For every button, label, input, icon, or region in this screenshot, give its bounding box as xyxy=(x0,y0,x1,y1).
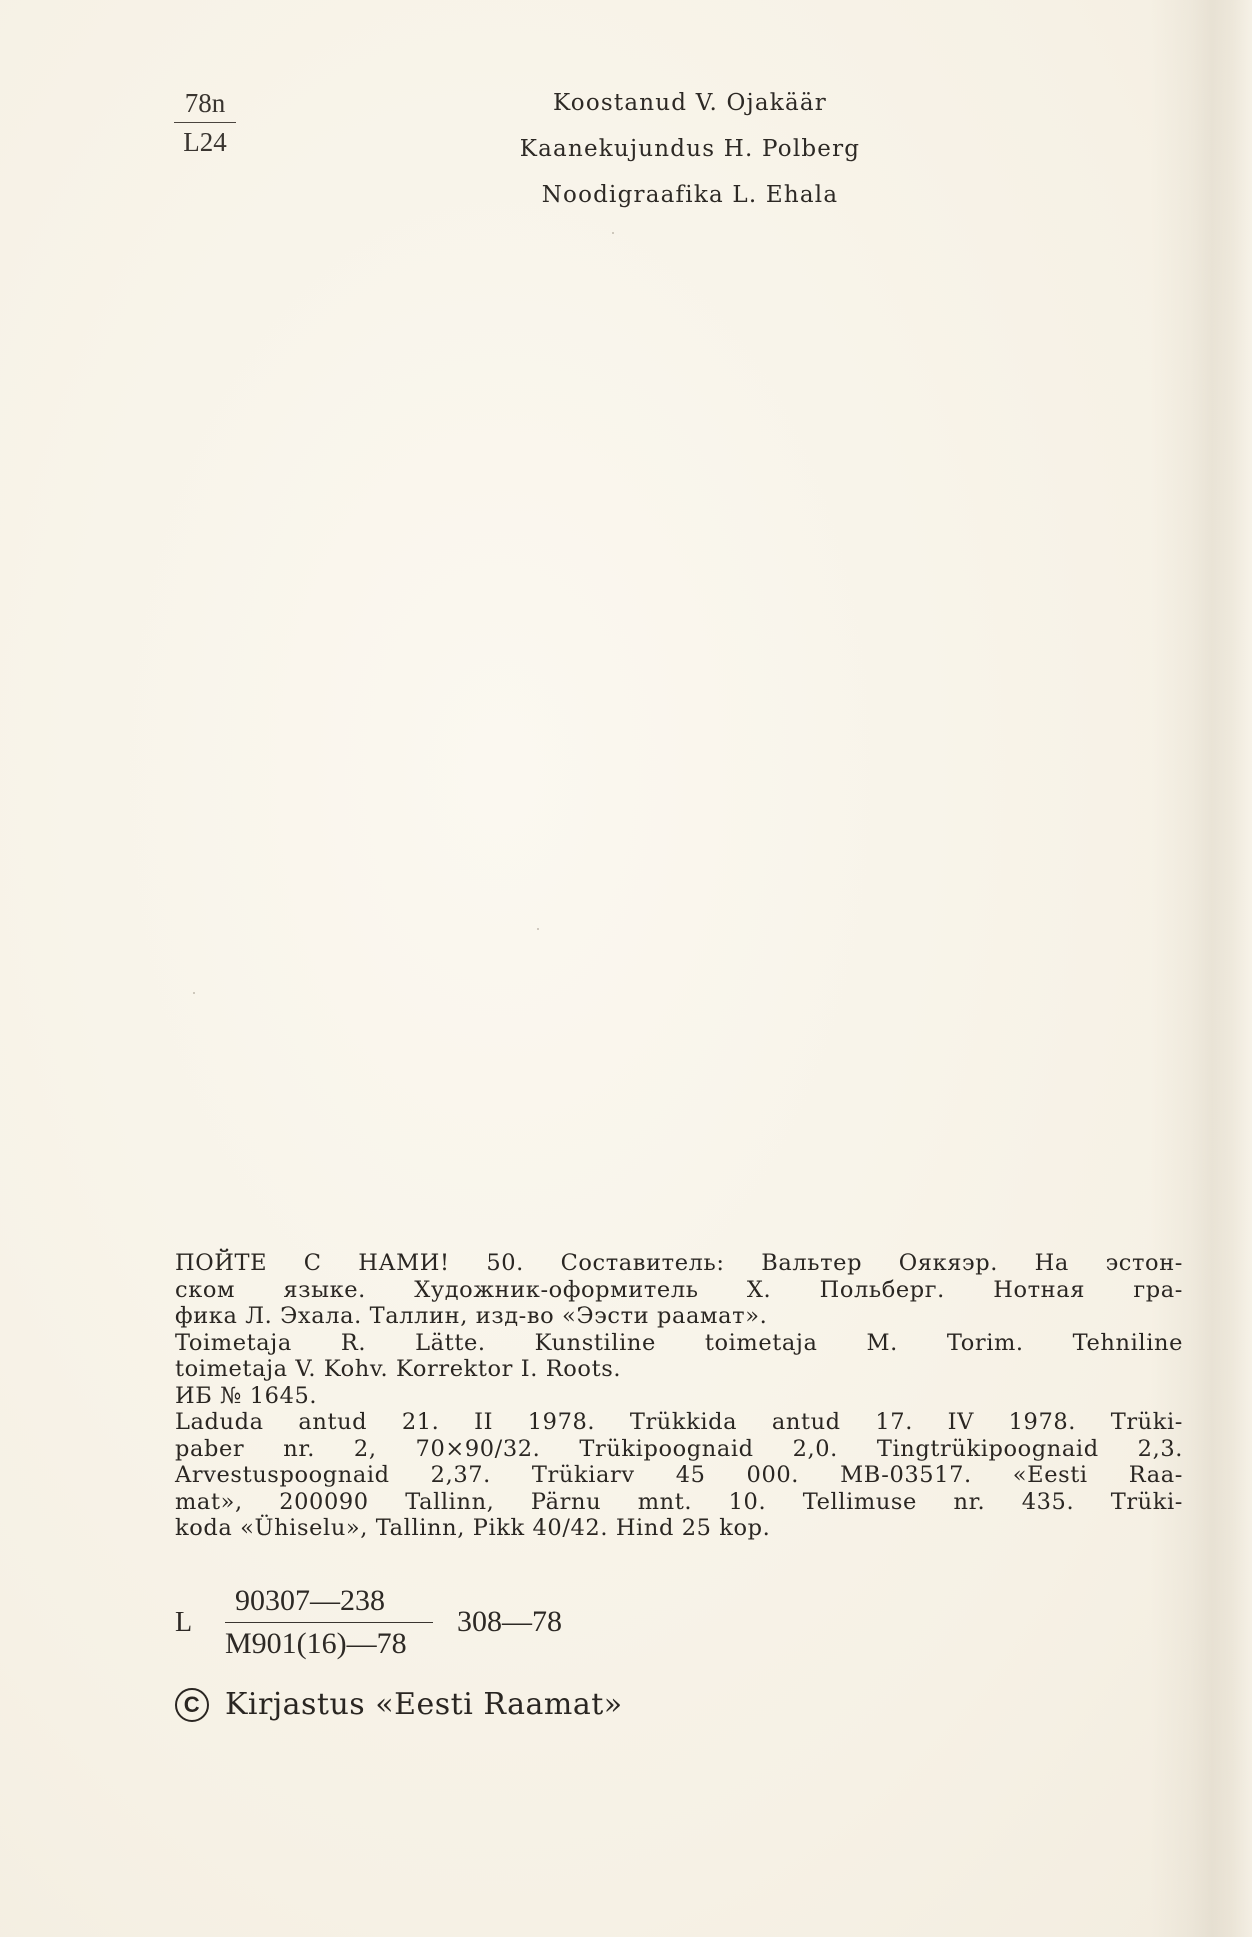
credit-music-engraving: Noodigraafika L. Ehala xyxy=(420,172,960,218)
index-numerator: 90307—238 xyxy=(225,1585,435,1617)
copyright-text: Kirjastus «Eesti Raamat» xyxy=(225,1687,623,1722)
colophon-line: Arvestuspoognaid 2,37. Trükiarv 45 000. … xyxy=(175,1462,1183,1489)
colophon-line: ПОЙТЕ С НАМИ! 50. Составитель: Вальтер О… xyxy=(175,1250,1183,1277)
library-classification-code: 78n L24 xyxy=(172,90,238,156)
paper-speck xyxy=(193,992,195,994)
colophon-line: toimetaja V. Kohv. Korrektor I. Roots. xyxy=(175,1356,1183,1383)
copyright-line: C Kirjastus «Eesti Raamat» xyxy=(175,1687,623,1722)
colophon-line: mat», 200090 Tallinn, Pärnu mnt. 10. Tel… xyxy=(175,1489,1183,1516)
colophon-line: ском языке. Художник-оформитель Х. Польб… xyxy=(175,1277,1183,1304)
credit-cover-design: Kaanekujundus H. Polberg xyxy=(420,126,960,172)
credit-compiler: Koostanud V. Ojakäär xyxy=(420,80,960,126)
colophon-block: ПОЙТЕ С НАМИ! 50. Составитель: Вальтер О… xyxy=(175,1250,1183,1542)
colophon-line: ИБ № 1645. xyxy=(175,1383,1183,1410)
colophon-line: фика Л. Эхала. Таллин, изд-во «Ээсти раа… xyxy=(175,1303,1183,1330)
credits-block: Koostanud V. Ojakäär Kaanekujundus H. Po… xyxy=(420,80,960,218)
copyright-icon: C xyxy=(175,1688,209,1722)
classification-denominator: L24 xyxy=(172,123,238,156)
index-suffix: 308—78 xyxy=(457,1605,562,1639)
classification-numerator: 78n xyxy=(172,90,238,122)
book-page: 78n L24 Koostanud V. Ojakäär Kaanekujund… xyxy=(0,0,1252,1937)
paper-speck xyxy=(537,928,539,930)
index-fraction: 90307—238 M901(16)—78 xyxy=(225,1585,435,1661)
colophon-line: koda «Ühiselu», Tallinn, Pikk 40/42. Hin… xyxy=(175,1515,1183,1542)
index-prefix: L xyxy=(175,1607,192,1639)
index-denominator: M901(16)—78 xyxy=(225,1623,435,1661)
colophon-line: Toimetaja R. Lätte. Kunstiline toimetaja… xyxy=(175,1330,1183,1357)
colophon-line: paber nr. 2, 70×90/32. Trükipoognaid 2,0… xyxy=(175,1436,1183,1463)
paper-speck xyxy=(612,232,614,234)
colophon-line: Laduda antud 21. II 1978. Trükkida antud… xyxy=(175,1409,1183,1436)
